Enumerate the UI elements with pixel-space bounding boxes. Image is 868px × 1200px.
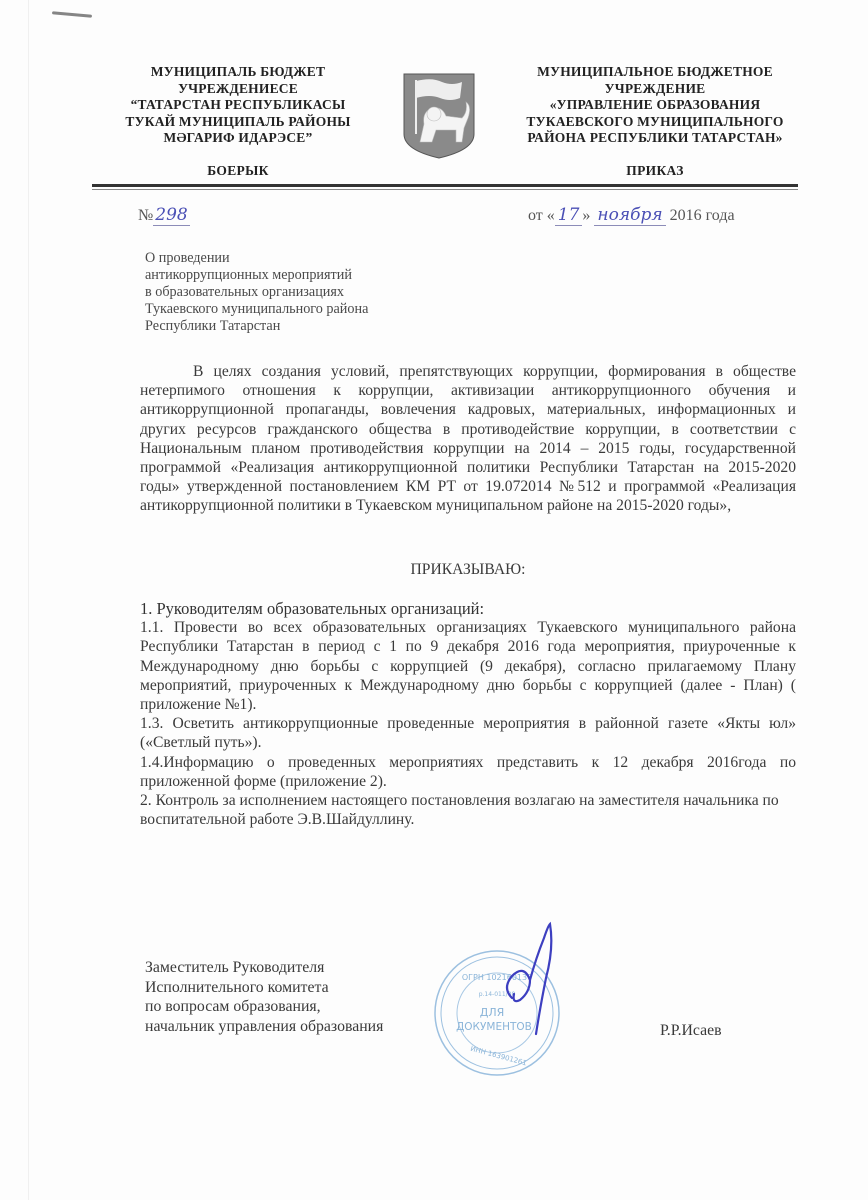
- order-item: 2. Контроль за исполнением настоящего по…: [140, 791, 796, 829]
- position-line: начальник управления образования: [145, 1017, 383, 1037]
- date-mid: »: [582, 207, 590, 224]
- order-item: 1.3. Осветить антикоррупционные проведен…: [140, 714, 796, 752]
- position-line: Исполнительного комитета: [145, 978, 383, 998]
- stamp-inn: ИНН 163901261: [469, 1045, 527, 1068]
- date-prefix: от «: [528, 207, 555, 224]
- order-number-handwritten: 298: [153, 205, 189, 226]
- date-day-handwritten: 17: [555, 205, 583, 226]
- handwritten-signature-icon: [500, 918, 570, 1038]
- header-right-line: МУНИЦИПАЛЬНОЕ БЮДЖЕТНОЕ: [500, 64, 810, 81]
- preamble-paragraph: В целях создания условий, препятствующих…: [140, 362, 796, 516]
- document-page: МУНИЦИПАЛЬ БЮДЖЕТ УЧРЕЖДЕНИЕСЕ “ТАТАРСТА…: [0, 0, 868, 1200]
- order-number: №298: [138, 205, 190, 225]
- header-left-line: “ТАТАРСТАН РЕСПУБЛИКАСЫ: [118, 97, 358, 114]
- coat-of-arms-icon: [402, 72, 476, 160]
- signatory-name: Р.Р.Исаев: [660, 1022, 722, 1040]
- order-item: 1. Руководителям образовательных организ…: [140, 599, 796, 618]
- header-left-line: МӘГАРИФ ИДАРЭСЕ”: [118, 130, 358, 147]
- order-item: 1.1. Провести во всех образовательных ор…: [140, 618, 796, 714]
- header-right-doc-type: ПРИКАЗ: [500, 163, 810, 179]
- header-left-line: УЧРЕЖДЕНИЕСЕ: [118, 81, 358, 98]
- directive-heading: ПРИКАЗЫВАЮ:: [140, 561, 796, 579]
- header-right-line: РАЙОНА РЕСПУБЛИКИ ТАТАРСТАН»: [500, 130, 810, 147]
- header-right-line: УЧРЕЖДЕНИЕ: [500, 81, 810, 98]
- subject-line: О проведении: [145, 250, 368, 267]
- header-divider-thin: [92, 189, 798, 190]
- order-item: 1.4.Информацию о проведенных мероприятия…: [140, 753, 796, 791]
- date-month-handwritten: ноября: [594, 205, 665, 226]
- subject-line: Тукаевского муниципального района: [145, 301, 368, 318]
- header-divider: [92, 184, 798, 187]
- number-prefix: №: [138, 207, 153, 224]
- position-line: Заместитель Руководителя: [145, 958, 383, 978]
- header-right-line: «УПРАВЛЕНИЕ ОБРАЗОВАНИЯ: [500, 97, 810, 114]
- header-left-line: МУНИЦИПАЛЬ БЮДЖЕТ: [118, 64, 358, 81]
- header-left-line: ТУКАЙ МУНИЦИПАЛЬ РАЙОНЫ: [118, 114, 358, 131]
- signatory-position: Заместитель Руководителя Исполнительного…: [145, 958, 383, 1036]
- order-items: 1. Руководителям образовательных организ…: [140, 599, 796, 829]
- header-left-doc-type: БОЕРЫК: [118, 163, 358, 179]
- header-right-line: ТУКАЕВСКОГО МУНИЦИПАЛЬНОГО: [500, 114, 810, 131]
- subject-line: антикоррупционных мероприятий: [145, 267, 368, 284]
- pen-mark: [52, 11, 92, 17]
- subject-line: в образовательных организациях: [145, 284, 368, 301]
- position-line: по вопросам образования,: [145, 997, 383, 1017]
- order-date: от «17» ноября 2016 года: [528, 205, 735, 225]
- header-left-organization: МУНИЦИПАЛЬ БЮДЖЕТ УЧРЕЖДЕНИЕСЕ “ТАТАРСТА…: [118, 64, 358, 147]
- subject-line: Республики Татарстан: [145, 318, 368, 335]
- scan-edge: [28, 0, 29, 1200]
- date-suffix: 2016 года: [670, 207, 735, 224]
- order-subject: О проведении антикоррупционных мероприят…: [145, 250, 368, 335]
- header-right-organization: МУНИЦИПАЛЬНОЕ БЮДЖЕТНОЕ УЧРЕЖДЕНИЕ «УПРА…: [500, 64, 810, 147]
